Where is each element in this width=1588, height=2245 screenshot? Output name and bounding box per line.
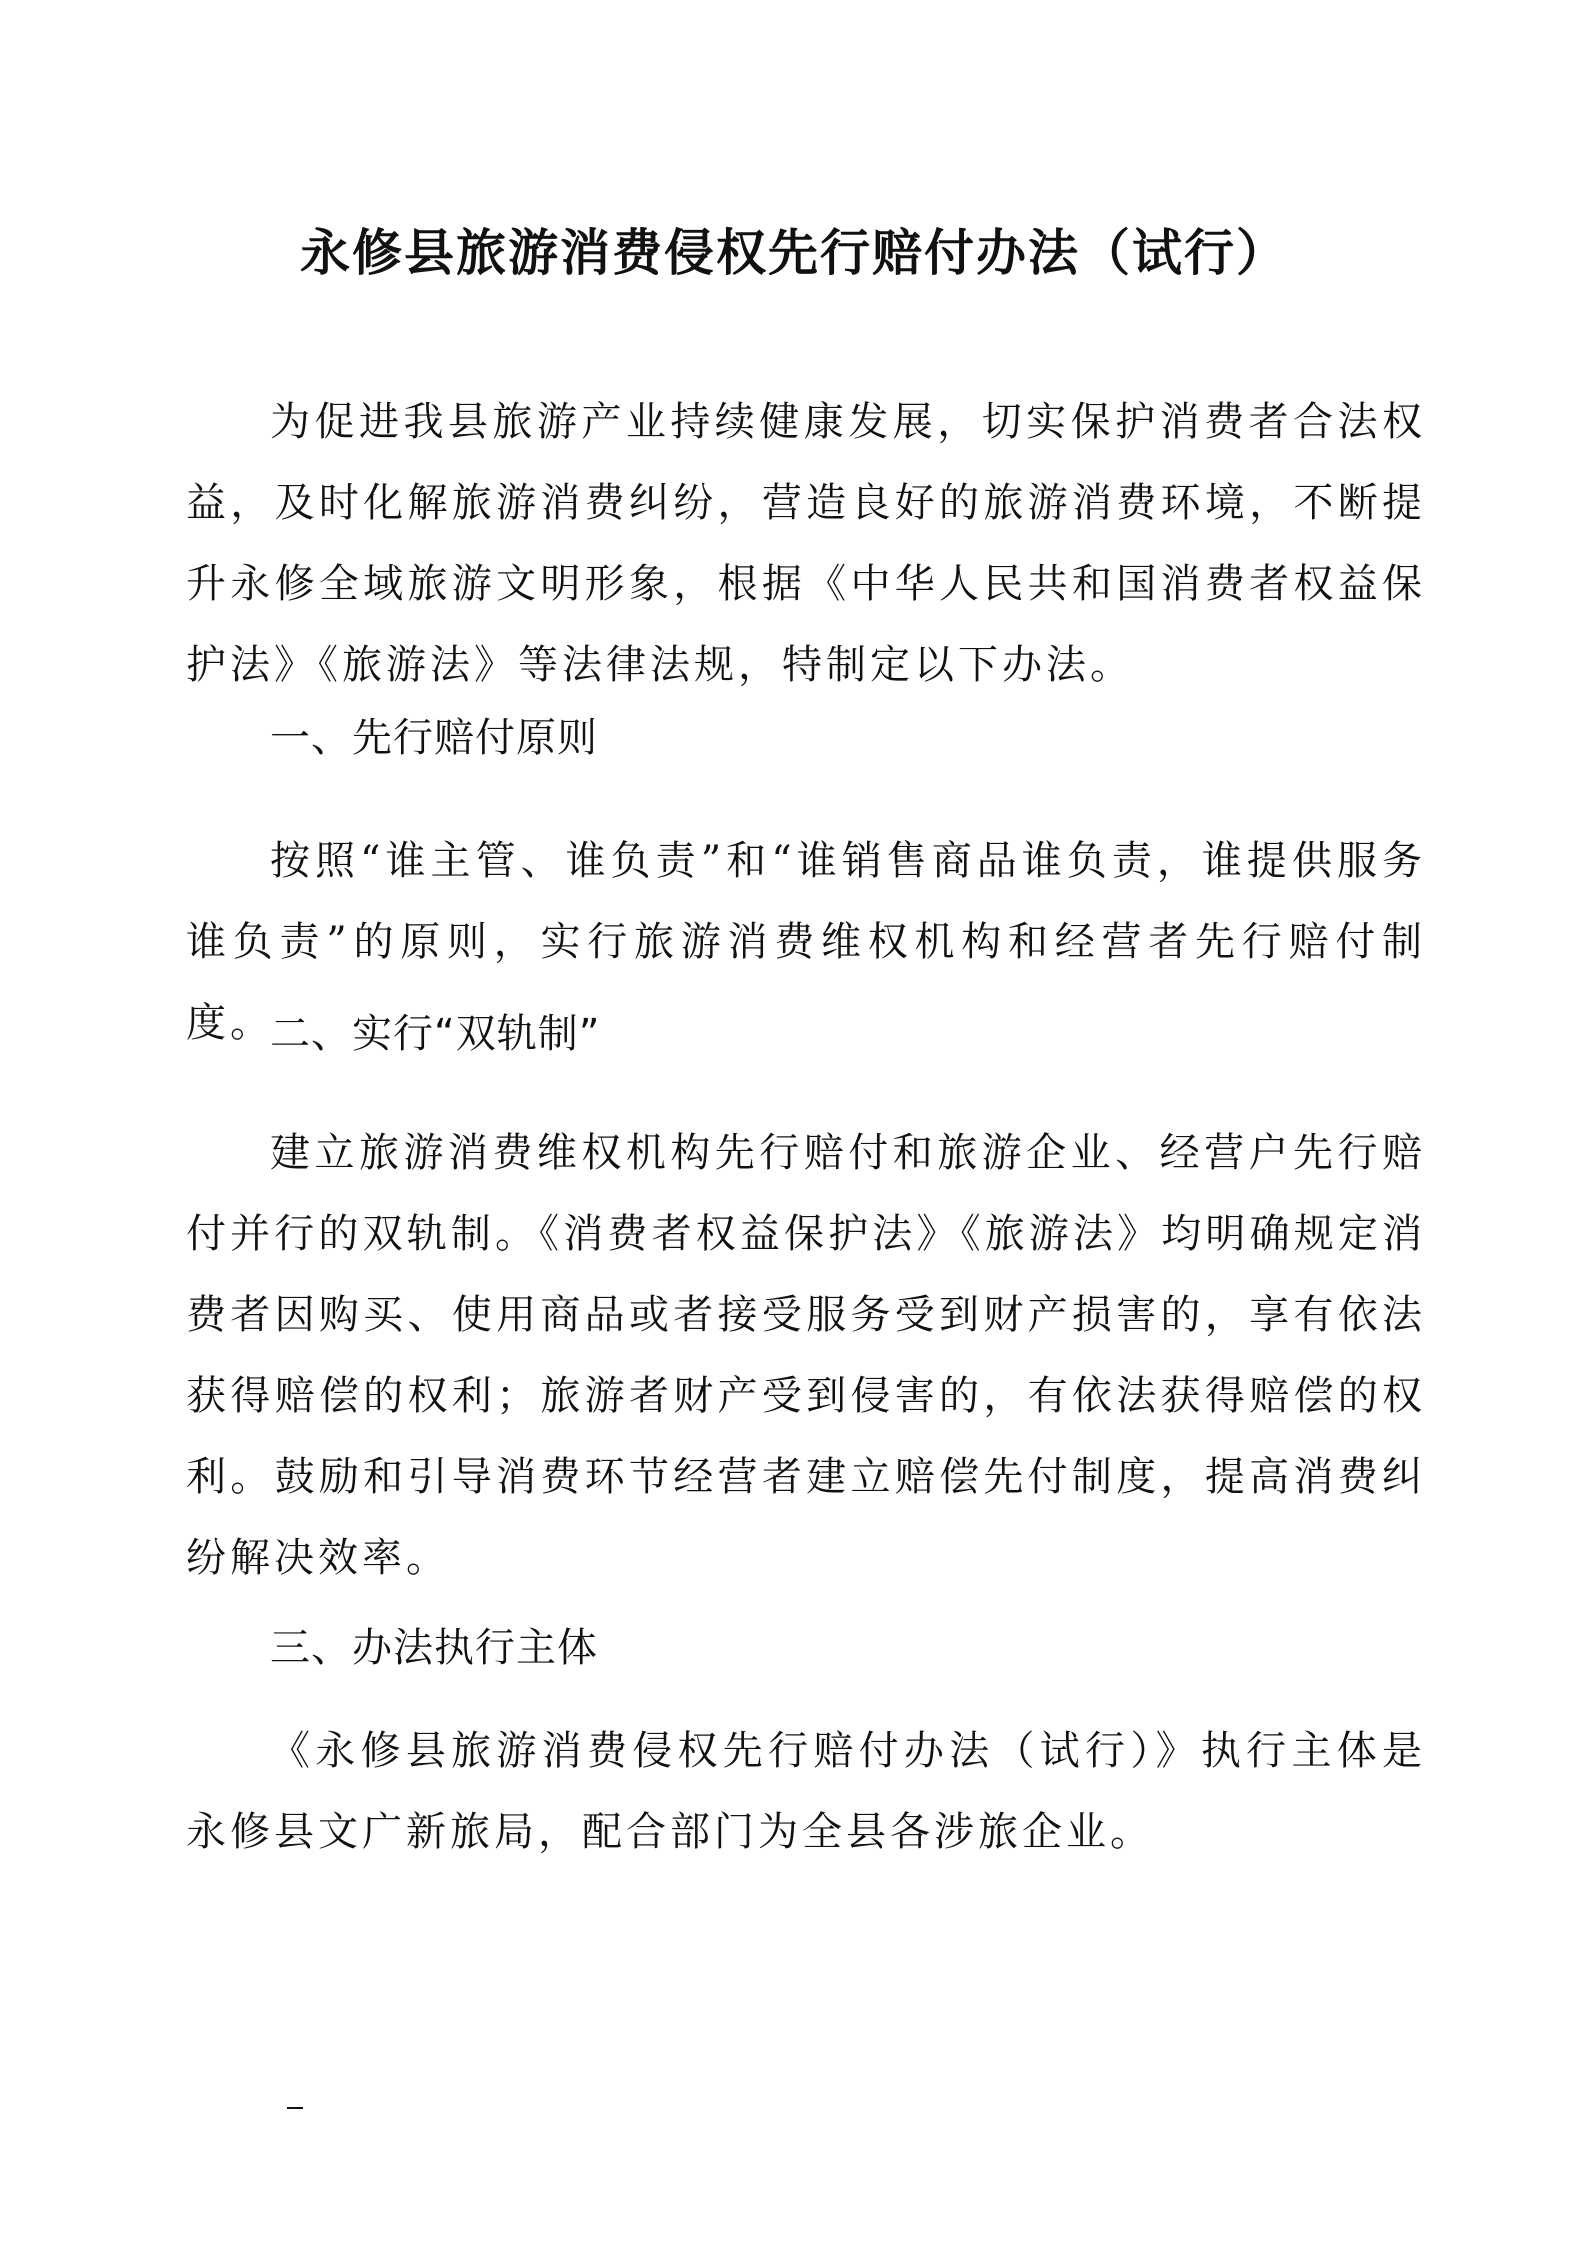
document-page: 永修县旅游消费侵权先行赔付办法（试行） 为促进我县旅游产业持续健康发展，切实保护…	[0, 0, 1588, 2245]
section-2-block: 建立旅游消费维权机构先行赔付和旅游企业、经营户先行赔付并行的双轨制。《消费者权益…	[186, 1113, 1426, 1599]
section-3-block: 《永修县旅游消费侵权先行赔付办法（试行）》执行主体是永修县文广新旅局，配合部门为…	[186, 1711, 1426, 1873]
section-heading-3: 三、办法执行主体	[270, 1618, 598, 1678]
intro-paragraph-block: 为促进我县旅游产业持续健康发展，切实保护消费者合法权益，及时化解旅游消费纠纷，营…	[186, 382, 1426, 706]
page-footer-mark	[287, 2107, 303, 2109]
section-2-paragraph: 建立旅游消费维权机构先行赔付和旅游企业、经营户先行赔付并行的双轨制。《消费者权益…	[186, 1113, 1426, 1599]
section-heading-2: 二、实行“双轨制”	[270, 1004, 600, 1064]
intro-paragraph: 为促进我县旅游产业持续健康发展，切实保护消费者合法权益，及时化解旅游消费纠纷，营…	[186, 382, 1426, 706]
document-title: 永修县旅游消费侵权先行赔付办法（试行）	[0, 218, 1588, 288]
section-3-paragraph: 《永修县旅游消费侵权先行赔付办法（试行）》执行主体是永修县文广新旅局，配合部门为…	[186, 1711, 1426, 1873]
section-heading-1: 一、先行赔付原则	[270, 708, 598, 768]
